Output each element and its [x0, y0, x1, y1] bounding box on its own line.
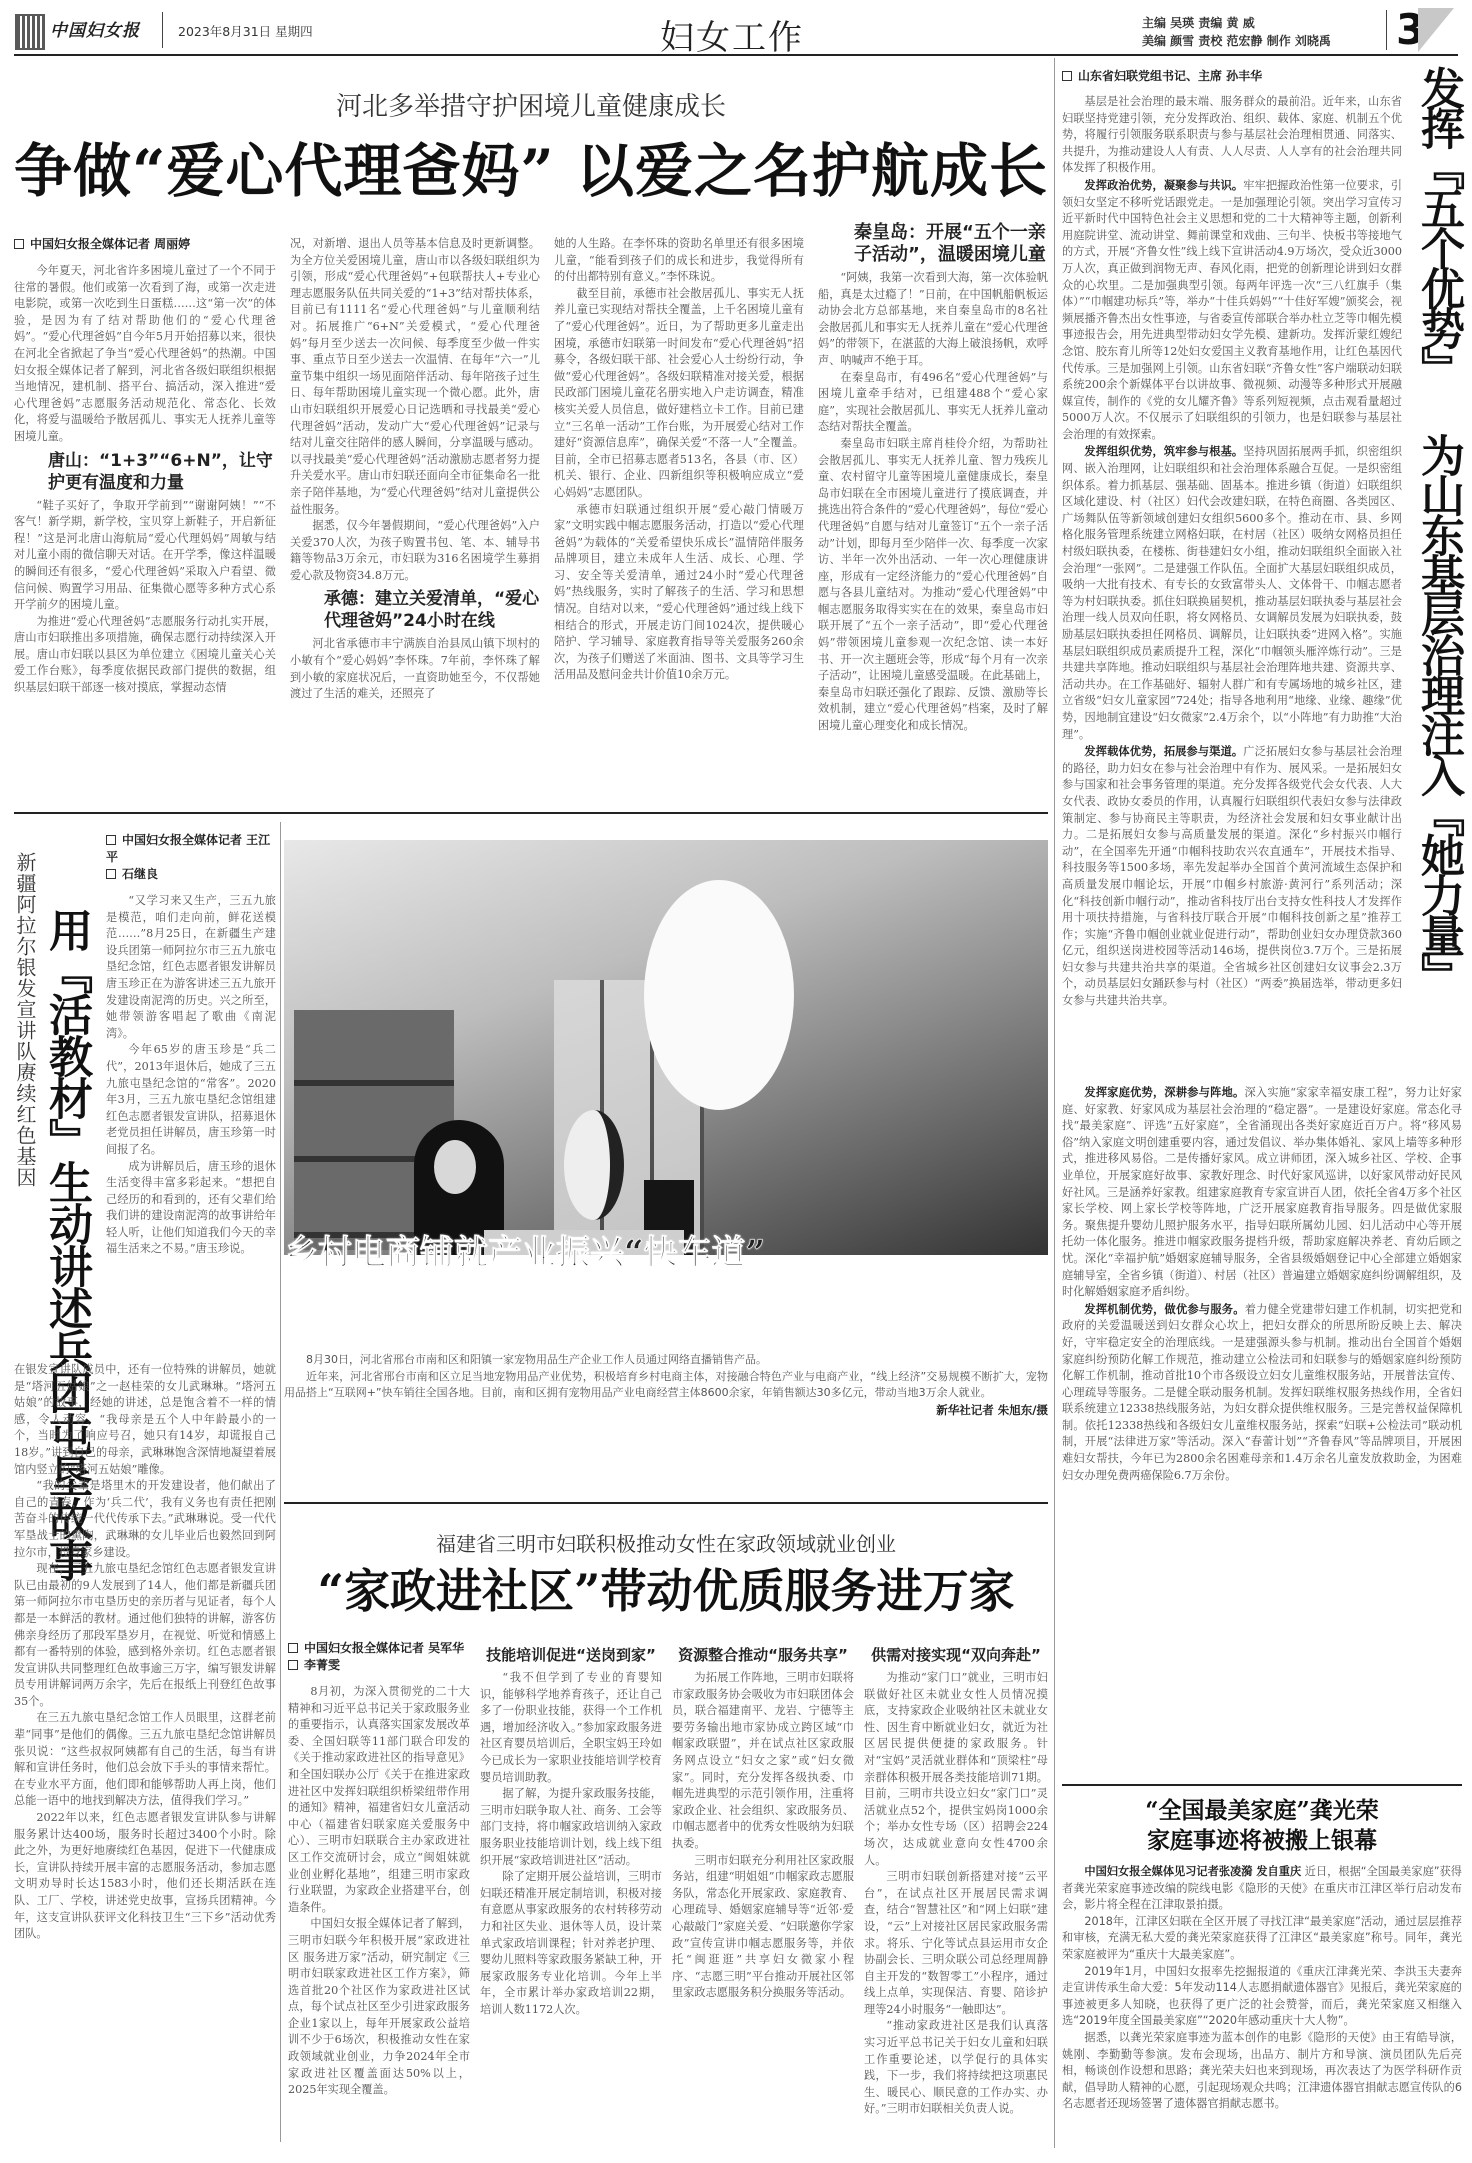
paragraph: 2018年，江津区妇联在全区开展了寻找江津“最美家庭”活动，通过层层推荐和审核，…: [1062, 1914, 1462, 1964]
byline: 石继良: [106, 866, 276, 883]
paragraph: “阿姨，我第一次看到大海，第一次体验帆船，真是太过瘾了！”日前，在中国帆船帆板运…: [818, 270, 1048, 370]
paragraph: 在秦皇岛市，有496名“爱心代理爸妈”与困境儿童牵手结对，已组建488个“爱心家…: [818, 370, 1048, 436]
paragraph: 况，对新增、退出人员等基本信息及时更新调整。为全方位关爱困境儿童，唐山市以各级妇…: [290, 236, 540, 518]
section-lead: 发挥政治优势，凝聚参与共识。: [1084, 178, 1243, 192]
lamp-shape: [564, 1110, 624, 1220]
paragraph: 河北省承德市丰宁满族自治县凤山镇下坝村的小敏有个“爱心妈妈”李怀珠。7年前，李怀…: [290, 636, 540, 702]
section-lead: 发挥组织优势，筑牢参与根基。: [1084, 444, 1243, 458]
byline: 中国妇女报全媒体记者 王江平: [106, 832, 276, 866]
article-headline-line-2: 家庭事迹将被搬上银幕: [1062, 1826, 1462, 1856]
photo-headline: 乡村电商铺就产业振兴“快车道”: [284, 1225, 765, 1274]
paper-logo: 中国妇女报: [50, 16, 140, 41]
paragraph: 承德市妇联通过组织开展“爱心敲门情暖万家”文明实践中帼志愿服务活动，打造以“爱心…: [554, 502, 804, 685]
paragraph: 据悉，仅今年暑假期间，“爱心代理爸妈”入户关爱370人次，为孩子购置书包、笔、本…: [290, 518, 540, 584]
face-shape: [434, 1140, 476, 1194]
box-icon: [288, 1643, 298, 1653]
paragraph: 在银发宣讲队成员中，还有一位特殊的讲解员，她就是“塔河五姑娘”之一赵桂荣的女儿武…: [14, 1362, 276, 1478]
subheading: 技能培训促进“送岗到家”: [480, 1644, 662, 1666]
livestream-photo: [284, 840, 1048, 1255]
paragraph: 发挥政治优势，凝聚参与共识。牢牢把握政治性第一位要求，引领妇女坚定不移听党话跟党…: [1062, 177, 1402, 444]
byline: 中国妇女报全媒体记者 周丽婷: [14, 236, 276, 253]
article-hebei: 河北多举措守护困境儿童健康成长 争做“爱心代理爸妈” 以爱之名护航成长 中国妇女…: [14, 58, 1048, 778]
article-headline: 发挥『五个优势』 为山东基层治理注入『她力量』: [1414, 66, 1462, 1066]
caption-line: 近年来，河北省邢台市南和区立足当地宠物用品产业优势，积极培育乡村电商主体，对接融…: [284, 1369, 1048, 1402]
paragraph: 今年夏天，河北省许多困境儿童过了一个不同于往常的暑假。他们或第一次看到了海，或第…: [14, 263, 276, 446]
article-gong-family: “全国最美家庭”龚光荣 家庭事迹将被搬上银幕 中国妇女报全媒体见习记者张凌漪 发…: [1062, 1796, 1462, 2156]
photo-caption: 8月30日，河北省邢台市南和区和阳镇一家宠物用品生产企业工作人员通过网络直播销售…: [284, 1352, 1048, 1418]
box-icon: [106, 869, 116, 879]
article-headline-line-1: “全国最美家庭”龚光荣: [1062, 1796, 1462, 1826]
subheading: 秦皇岛：开展“五个一亲子活动”，温暖困境儿童: [818, 222, 1048, 266]
subheading: 资源整合推动“服务共享”: [672, 1644, 854, 1666]
paragraph: 截至目前，承德市社会散居孤儿、事实无人抚养儿童已实现结对帮扶全覆盖，上千名困境儿…: [554, 286, 804, 502]
subheading: 唐山：“1+3”“6+N”，让守护更有温度和力量: [14, 450, 276, 494]
paragraph: 为推动“家门口”就业，三明市妇联做好社区未就业女性人员情况摸底，支持家政企业吸纳…: [864, 1670, 1048, 1869]
paragraph: “推动家政进社区是我们认真落实习近平总书记关于妇女儿童和妇联工作重要论述，以学促…: [864, 2018, 1048, 2118]
article-shandong: 山东省妇联党组书记、主席 孙丰华 发挥『五个优势』 为山东基层治理注入『她力量』…: [1062, 64, 1462, 1764]
paragraph: 今年65岁的唐玉珍是“兵二代”，2013年退休后，她成了三五九旅屯垦纪念馆的“常…: [106, 1042, 276, 1158]
section-lead: 发挥家庭优势，深耕参与阵地。: [1084, 1085, 1244, 1099]
paragraph: 发挥载体优势，拓展参与渠道。广泛拓展妇女参与基层社会治理的路径，助力妇女在参与社…: [1062, 743, 1402, 1010]
box-icon: [14, 239, 24, 249]
paragraph: 她的人生路。在李怀珠的资助名单里还有很多困境儿童，“能看到孩子们的成长和进步，我…: [554, 236, 804, 286]
paragraph: 发挥家庭优势，深耕参与阵地。深入实施“家家幸福安康工程”，努力让好家庭、好家教、…: [1062, 1084, 1462, 1301]
photo-credit: 新华社记者 朱旭东/摄: [284, 1402, 1048, 1418]
byline-lead: 中国妇女报全媒体见习记者张凌漪 发自重庆: [1084, 1865, 1301, 1878]
paragraph: 为推进“爱心代理爸妈”志愿服务行动扎实开展，唐山市妇联推出多项措施，确保志愿行动…: [14, 614, 276, 697]
paragraph: 2019年1月，中国妇女报率先挖掘报道的《重庆江津龚光荣、李洪玉夫妻奔走宣讲传承…: [1062, 1964, 1462, 2030]
paragraph: 发挥组织优势，筑牢参与根基。坚持巩固拓展两手抓，织密组织网、嵌入治理网，让妇联组…: [1062, 443, 1402, 743]
byline: 中国妇女报全媒体记者 吴军华: [288, 1640, 470, 1657]
staff-line-1: 主编 吴瑛 责编 黄 威: [1142, 14, 1255, 31]
page-tab-icon: [1418, 8, 1454, 52]
box-icon: [106, 835, 116, 845]
paragraph: 据悉，以龚光荣家庭事迹为蓝本创作的电影《隐形的天使》由王宥皓导演，姚刚、李勤勤等…: [1062, 2030, 1462, 2113]
paragraph: 为拓展工作阵地，三明市妇联将市家政服务协会吸收为市妇联团体会员，联合福建南平、龙…: [672, 1670, 854, 1853]
caption-line: 8月30日，河北省邢台市南和区和阳镇一家宠物用品生产企业工作人员通过网络直播销售…: [284, 1352, 1048, 1369]
box-icon: [1062, 71, 1072, 81]
issue-date: 2023年8月31日 星期四: [178, 22, 313, 40]
paragraph: 发挥机制优势，做优参与服务。着力健全党建带妇建工作机制，切实把党和政府的关爱温暖…: [1062, 1301, 1462, 1485]
paragraph: 除了定期开展公益培训，三明市妇联还精准开展定制培训，积极对接有意愿从事家政服务的…: [480, 1869, 662, 2018]
paragraph: 三明市妇联创新搭建对接“云平台”，在试点社区开展居民需求调查，结合“智慧社区”和…: [864, 1869, 1048, 2018]
staff-line-2: 美编 颜雪 责校 范宏静 制作 刘晓禹: [1142, 32, 1331, 49]
paragraph: 中国妇女报全媒体见习记者张凌漪 发自重庆 近日，根据“全国最美家庭”获得者龚光荣…: [1062, 1864, 1462, 1914]
paragraph: 三明市妇联充分利用社区家政服务站，组建“明姐姐”巾帼家政志愿服务队，常态化开展家…: [672, 1853, 854, 2002]
paragraph: “鞋子买好了，争取开学前到”“谢谢阿姨！”“不客气！新学期，新学校，宝贝穿上新鞋…: [14, 498, 276, 614]
byline: 山东省妇联党组书记、主席 孙丰华: [1062, 68, 1262, 85]
box-icon: [288, 1660, 298, 1670]
byline: 李菁雯: [288, 1657, 470, 1674]
section-lead: 发挥机制优势，做优参与服务。: [1084, 1302, 1244, 1316]
paragraph: 8月初，为深入贯彻党的二十大精神和习近平总书记关于家政服务业的重要指示，认真落实…: [288, 1684, 470, 1916]
paragraph: 成为讲解员后，唐玉珍的退休生活变得丰富多彩起来。“想把自己经历的和看到的，还有父…: [106, 1159, 276, 1259]
article-kicker: 新疆阿拉尔银发宣讲队赓续红色基因: [14, 852, 36, 1188]
paragraph: “又学习来又生产，三五九旅是模范，咱们走向前，鲜花送模范……”8月25日，在新疆…: [106, 893, 276, 1042]
softbox-light-shape: [644, 880, 794, 1110]
paragraph: 秦皇岛市妇联主席肖桂伶介绍，为帮助社会散居孤儿、事实无人抚养儿童、智力残疾儿童、…: [818, 436, 1048, 735]
subheading: 供需对接实现“双向奔赴”: [864, 1644, 1048, 1666]
article-kicker: 福建省三明市妇联积极推动女性在家政领域就业创业: [284, 1528, 1048, 1557]
paragraph: 中国妇女报全媒体记者了解到，三明市妇联今年积极开展“家政进社区 服务进万家”活动…: [288, 1916, 470, 2099]
section-lead: 发挥载体优势，拓展参与渠道。: [1084, 744, 1243, 758]
article-headline: “家政进社区”带动优质服务进万家: [284, 1562, 1048, 1620]
subheading: 承德：建立关爱清单，“爱心代理爸妈”24小时在线: [290, 588, 540, 632]
qr-code-icon: [15, 14, 45, 50]
article-kicker: 河北多举措守护困境儿童健康成长: [14, 86, 1048, 123]
paragraph: “我不但学到了专业的育婴知识，能够科学地养育孩子，还让自己多了一份职业技能，获得…: [480, 1670, 662, 1786]
paragraph: 基层是社会治理的最末端、服务群众的最前沿。近年来，山东省妇联坚持党建引领，充分发…: [1062, 94, 1402, 177]
paragraph: “我的父辈是塔里木的开发建设者，他们献出了自己的青春，作为‘兵二代’，我有义务也…: [14, 1478, 276, 1561]
photo-block: 乡村电商铺就产业振兴“快车道”: [284, 840, 1048, 1320]
article-headline: 争做“爱心代理爸妈” 以爱之名护航成长: [14, 136, 1048, 206]
masthead: 中国妇女报 2023年8月31日 星期四 妇女工作 主编 吴瑛 责编 黄 威 美…: [0, 0, 1472, 58]
paragraph: 据了解，为提升家政服务技能，三明市妇联争取人社、商务、工会等部门支持，将巾帼家政…: [480, 1786, 662, 1869]
section-title: 妇女工作: [660, 10, 804, 59]
